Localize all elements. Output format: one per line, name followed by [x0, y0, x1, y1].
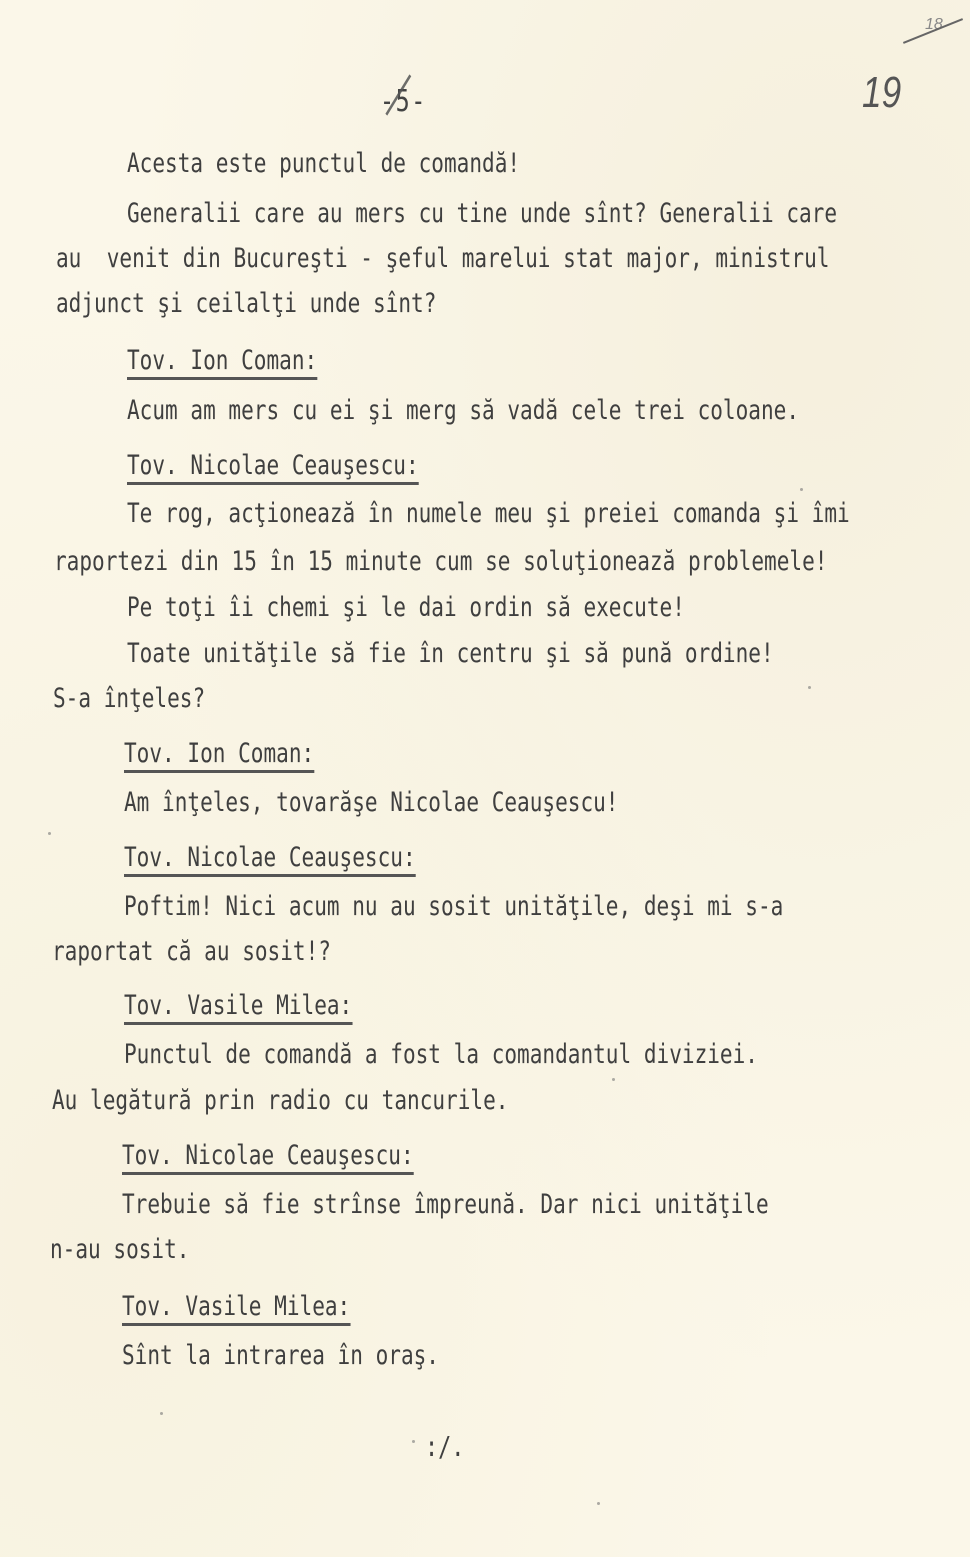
text-line: S-a înţeles?: [53, 683, 205, 715]
paper-speck: [612, 1078, 615, 1081]
text-line: Toate unităţile să fie în centru şi să p…: [127, 638, 774, 670]
paper-speck: [808, 686, 811, 689]
end-mark: :/.: [425, 1430, 464, 1463]
speaker-label: Tov. Nicolae Ceauşescu:: [124, 842, 416, 874]
speaker-label: Tov. Nicolae Ceauşescu:: [122, 1140, 414, 1172]
paper-speck: [412, 1440, 415, 1443]
text-line: Te rog, acţionează în numele meu şi prei…: [127, 498, 850, 530]
speaker-name: Tov. Nicolae Ceauşescu:: [124, 842, 416, 877]
text-line: au venit din Bucureşti - şeful marelui s…: [56, 243, 829, 275]
speaker-label: Tov. Vasile Milea:: [122, 1291, 350, 1323]
text-line: n-au sosit.: [50, 1234, 189, 1266]
speaker-name: Tov. Nicolae Ceauşescu:: [127, 450, 419, 485]
text-line: Poftim! Nici acum nu au sosit unităţile,…: [124, 891, 783, 923]
speaker-name: Tov. Ion Coman:: [124, 738, 314, 773]
paper-speck: [48, 832, 51, 835]
text-line: Acesta este punctul de comandă!: [127, 148, 520, 180]
text-line: raportezi din 15 în 15 minute cum se sol…: [54, 546, 827, 578]
paper-speck: [597, 1502, 600, 1505]
text-line: adjunct şi ceilalţi unde sînt?: [56, 288, 436, 320]
old-archive-number: 18: [925, 16, 943, 34]
speaker-label: Tov. Nicolae Ceauşescu:: [127, 450, 419, 482]
speaker-label: Tov. Vasile Milea:: [124, 990, 352, 1022]
text-line: Trebuie să fie strînse împreună. Dar nic…: [122, 1189, 769, 1221]
page-number: -5-: [380, 84, 427, 119]
text-line: Pe toţi îi chemi şi le dai ordin să exec…: [127, 592, 685, 624]
text-line: Generalii care au mers cu tine unde sînt…: [127, 198, 837, 230]
speaker-label: Tov. Ion Coman:: [124, 738, 314, 770]
text-line: raportat că au sosit!?: [52, 936, 331, 968]
text-line: Punctul de comandă a fost la comandantul…: [124, 1039, 758, 1071]
speaker-name: Tov. Ion Coman:: [127, 345, 317, 380]
speaker-label: Tov. Ion Coman:: [127, 345, 317, 377]
archive-number: 19: [862, 68, 901, 118]
paper-speck: [800, 488, 803, 491]
paper-speck: [160, 1412, 163, 1415]
text-line: Am înţeles, tovarăşe Nicolae Ceauşescu!: [124, 787, 618, 819]
speaker-name: Tov. Vasile Milea:: [124, 990, 352, 1025]
speaker-name: Tov. Vasile Milea:: [122, 1291, 350, 1326]
text-line: Au legătură prin radio cu tancurile.: [52, 1085, 508, 1117]
speaker-name: Tov. Nicolae Ceauşescu:: [122, 1140, 414, 1175]
text-line: Sînt la intrarea în oraş.: [122, 1340, 439, 1372]
text-line: Acum am mers cu ei şi merg să vadă cele …: [127, 395, 799, 427]
